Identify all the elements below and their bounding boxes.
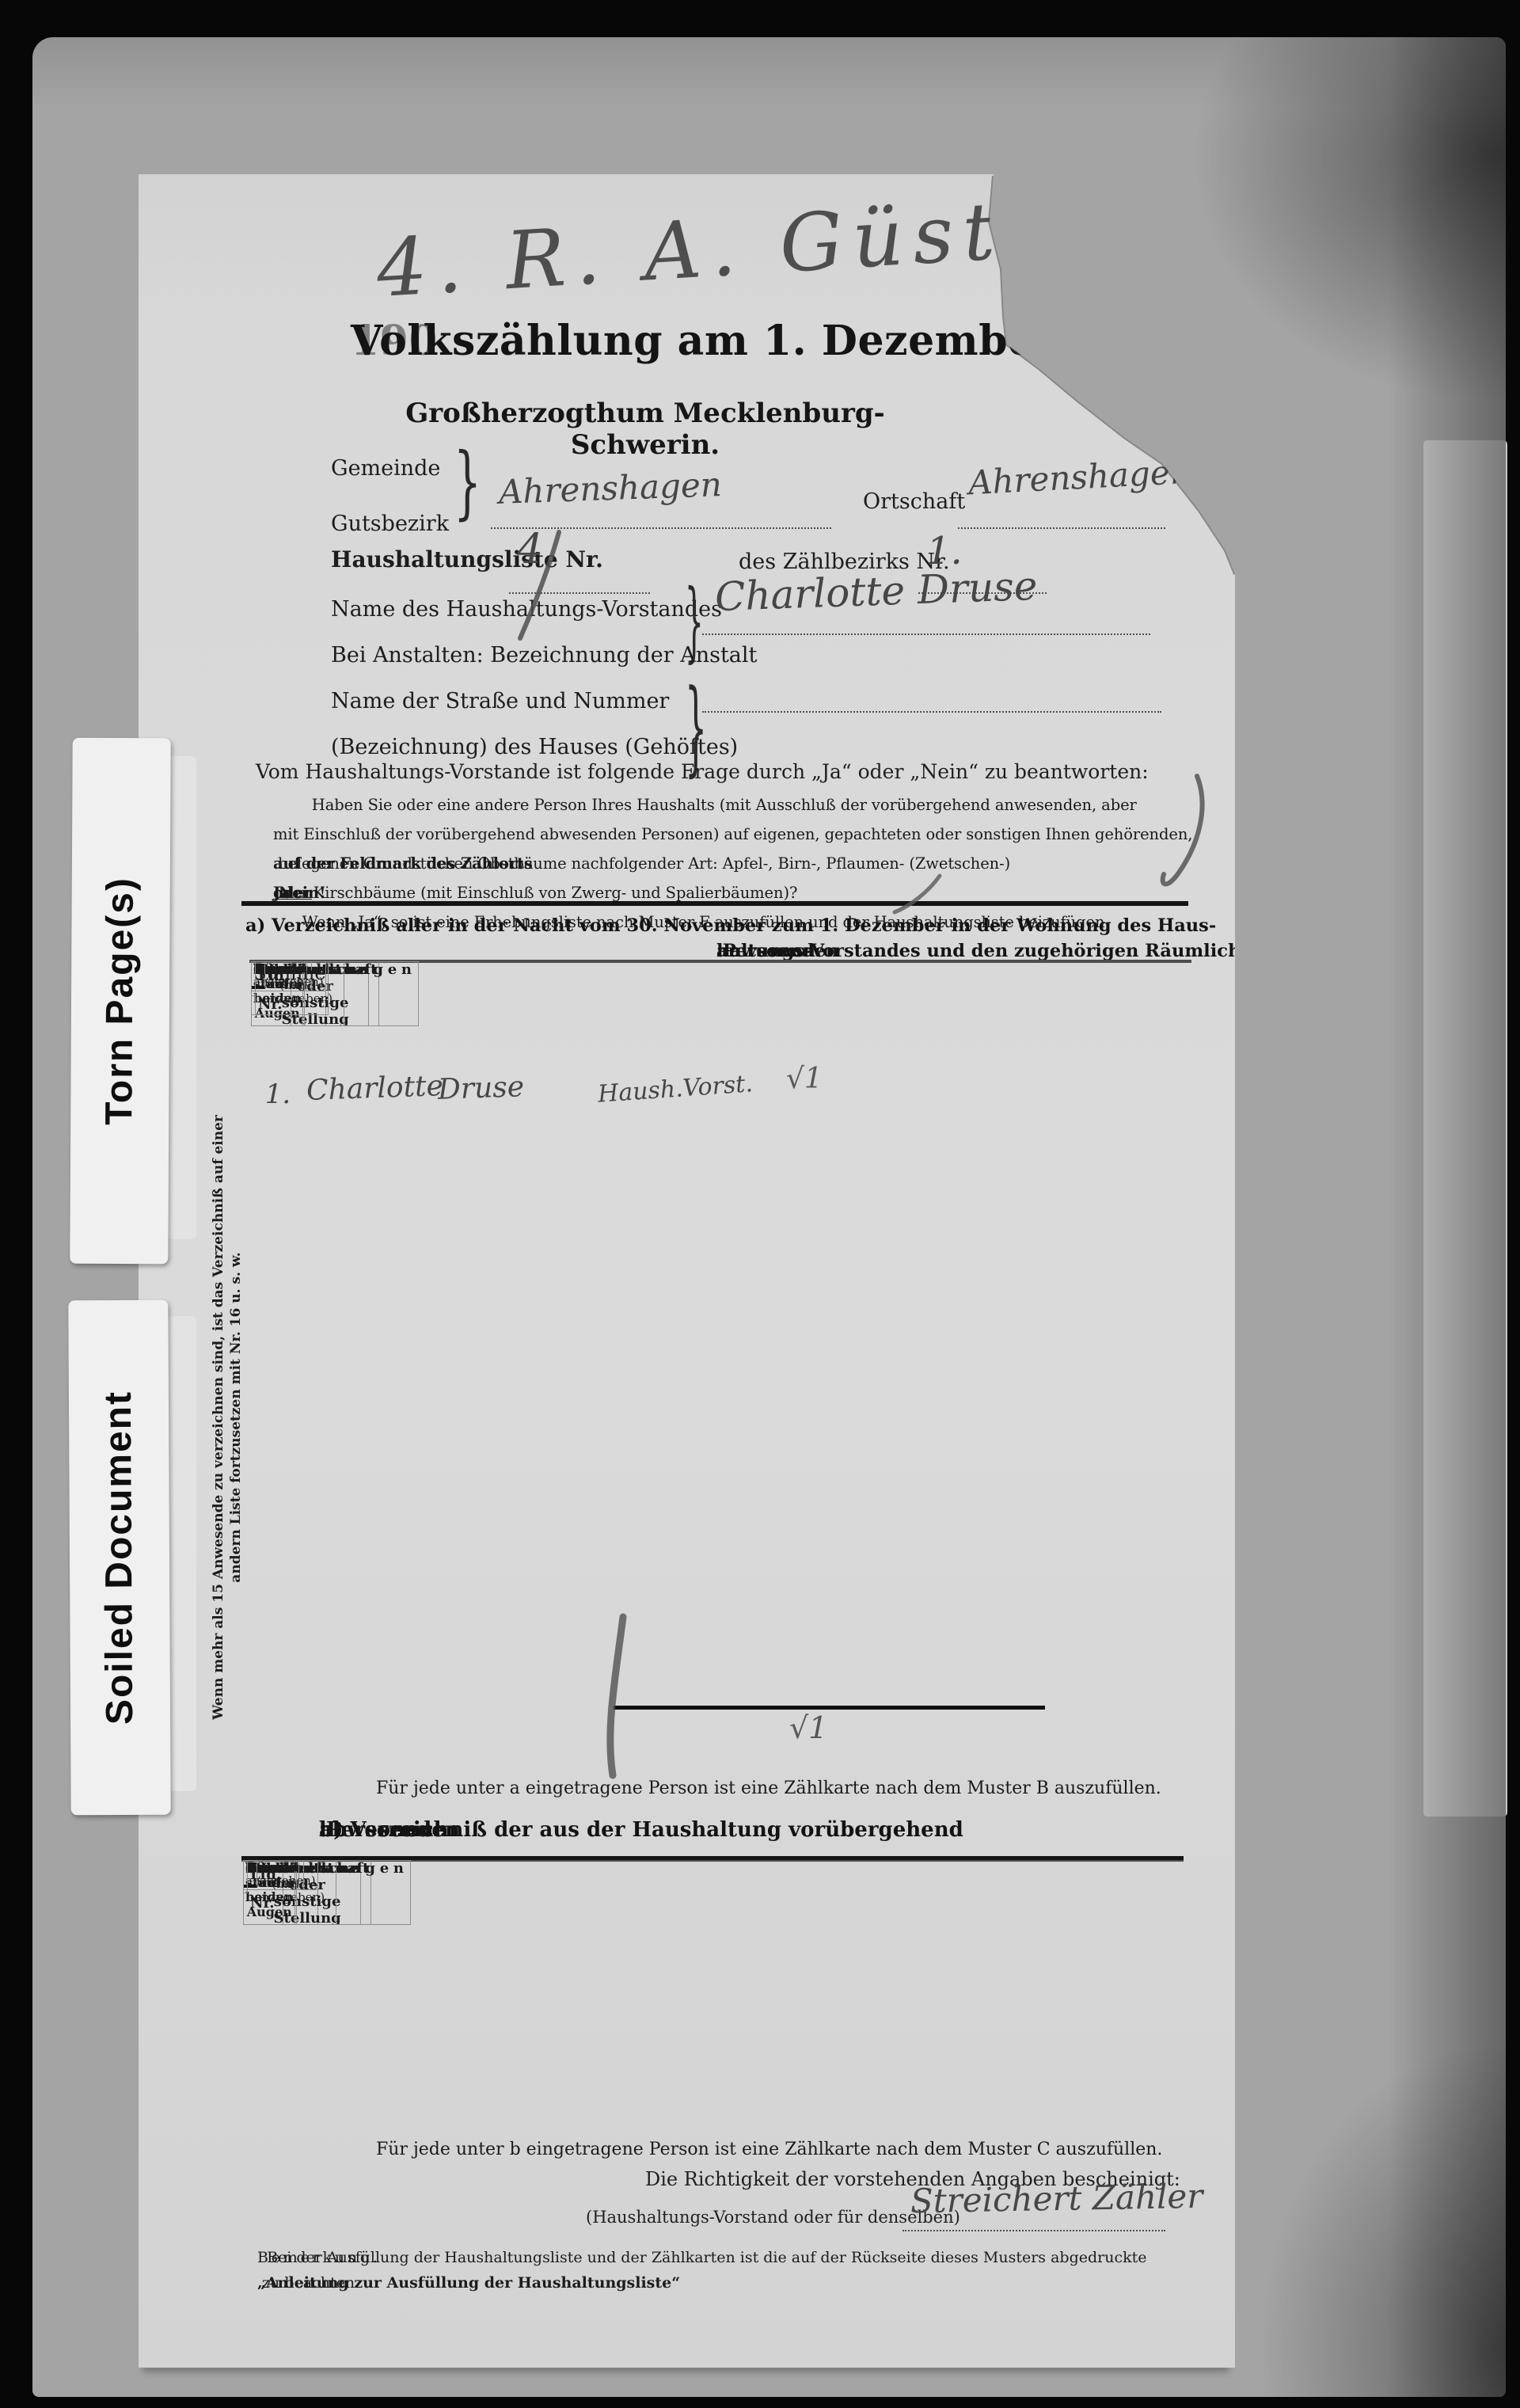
heavy-rule-summe [614,1706,1045,1710]
note-muster-b: Für jede unter a eingetragene Person ist… [376,1778,1161,1798]
gemeinde-value-handwritten: Ahrenshagen [498,465,722,512]
gemeinde-label: Gemeinde [331,456,440,481]
title-year-torn: 190 [351,317,438,365]
ortschaft-label: Ortschaft [863,489,965,514]
section-a-heading-line1: a) Verzeichniß aller in der Nacht vom 30… [245,915,1187,936]
margin-note-line1: Wenn mehr als 15 Anwesende zu verzeichne… [210,1085,227,1750]
row1-vorname-handwritten: Charlotte [306,1070,443,1107]
heavy-rule [241,901,1188,906]
margin-note-vertical: Wenn mehr als 15 Anwesende zu verzeichne… [210,1085,246,1750]
form-subtitle: Großherzogthum Mecklenburg-Schwerin. [336,398,954,461]
dotted-line [958,527,1165,529]
row1-lfd-handwritten: 1. [257,1078,298,1110]
census-table-anwesende: Lfd. Nr. Vorname Familienname Verwandtsc… [249,960,1191,963]
text-segment: oder Kirschbäume (mit Einschluß von Zwer… [273,884,807,902]
text-segment: Nein! [273,884,326,902]
dotted-line-signature [902,2230,1165,2231]
pencil-tick-ja-nein [895,876,940,912]
dotted-line [702,711,1161,713]
text-segment: mit Einschluß der vorübergehend abwesend… [273,825,1192,843]
tab-torn-pages: Torn Page(s) [70,738,170,1265]
dotted-line [509,592,650,594]
table-cell [243,1860,248,1893]
dotted-line [702,633,1150,635]
census-form-page: 4. R. A. Güstrow Volkszählung am 1. Deze… [139,174,1235,2368]
row1-familienname-handwritten: Druse [437,1071,524,1106]
summe-weiblich-mark: √1 [789,1710,827,1745]
text-segment: Personen. [716,941,822,961]
margin-note-line2: andern Liste fortzusetzen mit Nr. 16 u. … [227,1085,245,1750]
question-intro: Vom Haushaltungs-Vorstande ist folgende … [256,760,1149,783]
tab-paper-sliver [168,1316,196,1791]
tab-paper-sliver [168,756,196,1239]
tab-soiled-document-label: Soiled Document [68,1300,170,1816]
title-text: Volkszählung am 1. Dezember [351,317,1057,365]
text-segment: zu beachten. [257,2274,359,2292]
anstalt-label: Bei Anstalten: Bezeichnung der Anstalt [331,643,757,668]
note-muster-c: Für jede unter b eingetragene Person ist… [376,2140,1162,2159]
haushaltungsliste-label: Haushaltungsliste Nr. [331,546,603,573]
haus-label: (Bezeichnung) des Hauses (Gehöftes) [331,735,738,759]
gutsbezirk-label: Gutsbezirk [331,512,449,536]
tab-torn-pages-label: Torn Page(s) [70,738,170,1265]
text-segment: belegenen Grundstücken Obstbäume nachfol… [273,854,1010,873]
text-segment: Haben Sie oder eine andere Person Ihres … [273,796,1137,814]
row1-stellung-handwritten: Haush.Vorst. [597,1070,754,1109]
text-segment: Bei der Ausfüllung der Haushaltungsliste… [257,2249,1147,2266]
census-table-abwesende: Lfd. Nr. Vorname Familienname Verwandtsc… [241,1856,1184,1862]
pencil-summe-stroke [610,1617,623,1775]
adjacent-page-edge [1423,440,1507,1816]
text-segment: Personen. [319,1818,441,1842]
signature-label: (Haushaltungs-Vorstand oder für denselbe… [586,2208,960,2227]
row1-weiblich-mark: √1 [786,1063,823,1095]
scanned-document-image: 4. R. A. Güstrow Volkszählung am 1. Deze… [0,0,1520,2408]
vorstand-name-label: Name des Haushaltungs-Vorstandes [331,597,722,622]
brace-gemeinde: } [454,436,481,528]
tab-soiled-document: Soiled Document [68,1300,170,1816]
liste-nr-handwritten: 4 [517,526,543,573]
table-cell [251,961,256,1015]
signature-handwritten: Streichert Zähler [910,2177,1203,2220]
summe-label: Summe [251,961,329,1015]
strasse-label: Name der Straße und Nummer [331,689,669,713]
